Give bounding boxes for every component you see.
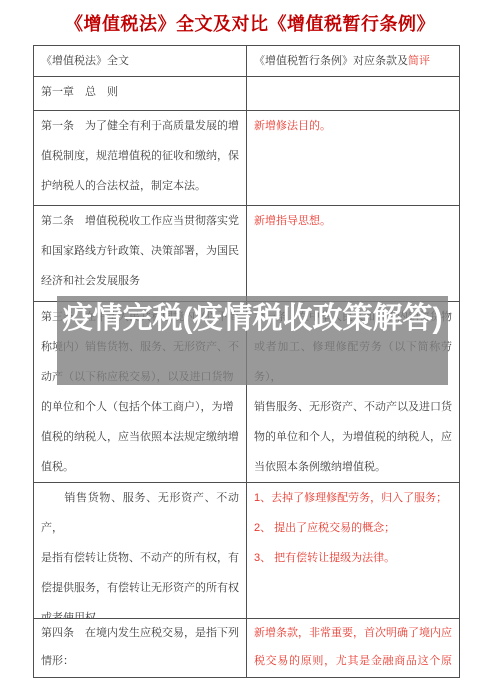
table-row-article4: 第四条 在境内发生应税交易，是指下列 情形： 新增条款，非常重要，首次明确了境内… [34, 619, 459, 677]
table-row-article3-definition: 销售货物、服务、无形资产、不动产， 是指有偿转让货物、不动产的所有权，有 偿提供… [34, 483, 459, 619]
comment-text: 新增修法目的。 [254, 111, 452, 141]
vat-law-cell: 第一条 为了健全有利于高质量发展的增 值税制度，规范增值税的征收和缴纳，保 护纳… [34, 111, 247, 205]
vat-law-cell: 销售货物、服务、无形资产、不动产， 是指有偿转让货物、不动产的所有权，有 偿提供… [34, 483, 247, 618]
vat-law-cell: 第四条 在境内发生应税交易，是指下列 情形： [34, 619, 247, 677]
regulation-comment-cell: 1、去掉了修理修配劳务，归入了服务； 2、 提出了应税交易的概念； 3、 把有偿… [247, 483, 459, 618]
regulation-comment-cell: 新增指导思想。 [247, 206, 459, 301]
comment-text: 新增指导思想。 [254, 206, 452, 236]
document-page: 《增值税法》全文及对比《增值税暂行条例》 《增值税法》全文 《增值税暂行条例》对… [0, 0, 500, 695]
brief-review-highlight: 简评 [408, 55, 430, 67]
watermark-overlay: 疫情完税(疫情税收政策解答) [57, 296, 448, 385]
table-row-chapter1: 第一章 总 则 [34, 77, 459, 111]
vat-law-cell: 第一章 总 则 [34, 77, 247, 110]
comment-text: 新增条款，非常重要，首次明确了境内应 税交易的原则，尤其是金融商品这个原则。 [254, 619, 452, 677]
table-row-article2: 第二条 增值税税收工作应当贯彻落实党 和国家路线方针政策、决策部署，为国民 经济… [34, 206, 459, 302]
vat-law-cell: 第二条 增值税税收工作应当贯彻落实党 和国家路线方针政策、决策部署，为国民 经济… [34, 206, 247, 301]
header-vat-law-column: 《增值税法》全文 [34, 46, 247, 76]
regulation-comment-cell: 新增条款，非常重要，首次明确了境内应 税交易的原则，尤其是金融商品这个原则。 [247, 619, 459, 677]
table-header-row: 《增值税法》全文 《增值税暂行条例》对应条款及简评 [34, 46, 459, 77]
table-row-article1: 第一条 为了健全有利于高质量发展的增 值税制度，规范增值税的征收和缴纳，保 护纳… [34, 111, 459, 206]
header-regulation-text: 《增值税暂行条例》对应条款及 [254, 55, 408, 67]
regulation-comment-cell: 新增修法目的。 [247, 111, 459, 205]
comment-list: 1、去掉了修理修配劳务，归入了服务； 2、 提出了应税交易的概念； 3、 把有偿… [254, 483, 452, 573]
header-regulation-column: 《增值税暂行条例》对应条款及简评 [247, 46, 459, 76]
document-title: 《增值税法》全文及对比《增值税暂行条例》 [0, 10, 500, 36]
regulation-comment-cell [247, 77, 459, 110]
